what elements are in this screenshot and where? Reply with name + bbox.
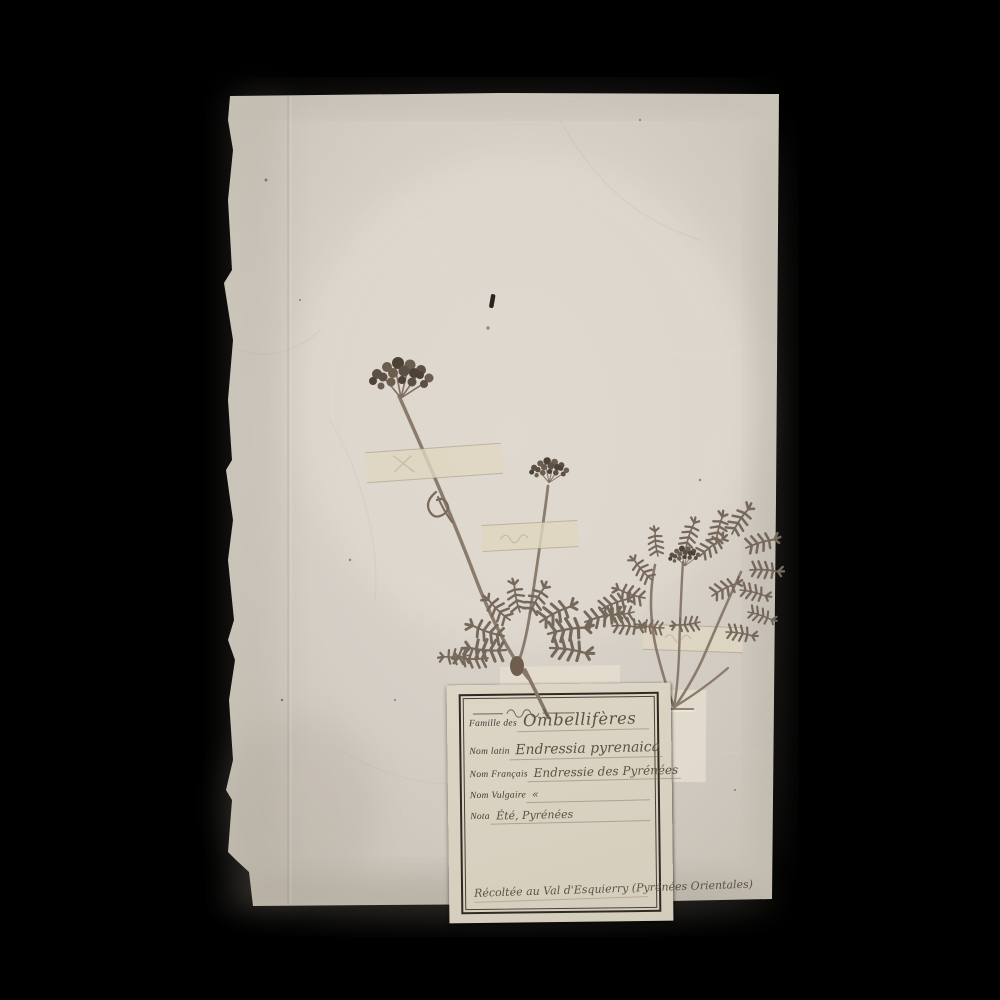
specimen-label: Famille des Ombellifères Nom latin Endre… [447,683,674,924]
vulgar-name-field-label: Nom Vulgaire [470,790,526,801]
vulgar-name-row: Nom Vulgaire « [470,786,650,803]
latin-name-value: Endressia pyrenaica [510,739,663,760]
nota-value: Été, Pyrénées [490,806,651,825]
french-name-row: Nom Français Endressie des Pyrénées [470,764,650,782]
french-name-value: Endressie des Pyrénées [528,763,681,782]
label-frame: Famille des Ombellifères Nom latin Endre… [459,692,662,914]
collection-note: Récoltée au Val d'Esquierry (Pyrénées Or… [474,881,648,903]
herbarium-photo: Famille des Ombellifères Nom latin Endre… [0,0,1000,1000]
latin-name-field-label: Nom latin [469,747,510,757]
root-crown [510,656,524,676]
latin-name-row: Nom latin Endressia pyrenaica [469,740,649,760]
divider-flourish [469,706,579,719]
nota-field-label: Nota [470,812,490,822]
vulgar-name-value: « [526,785,650,803]
label-content: Famille des Ombellifères Nom latin Endre… [469,700,651,906]
family-field-label: Famille des [469,719,517,730]
french-name-field-label: Nom Français [470,769,528,780]
nota-row: Nota Été, Pyrénées [470,807,650,824]
tape-strip-2 [481,521,578,552]
